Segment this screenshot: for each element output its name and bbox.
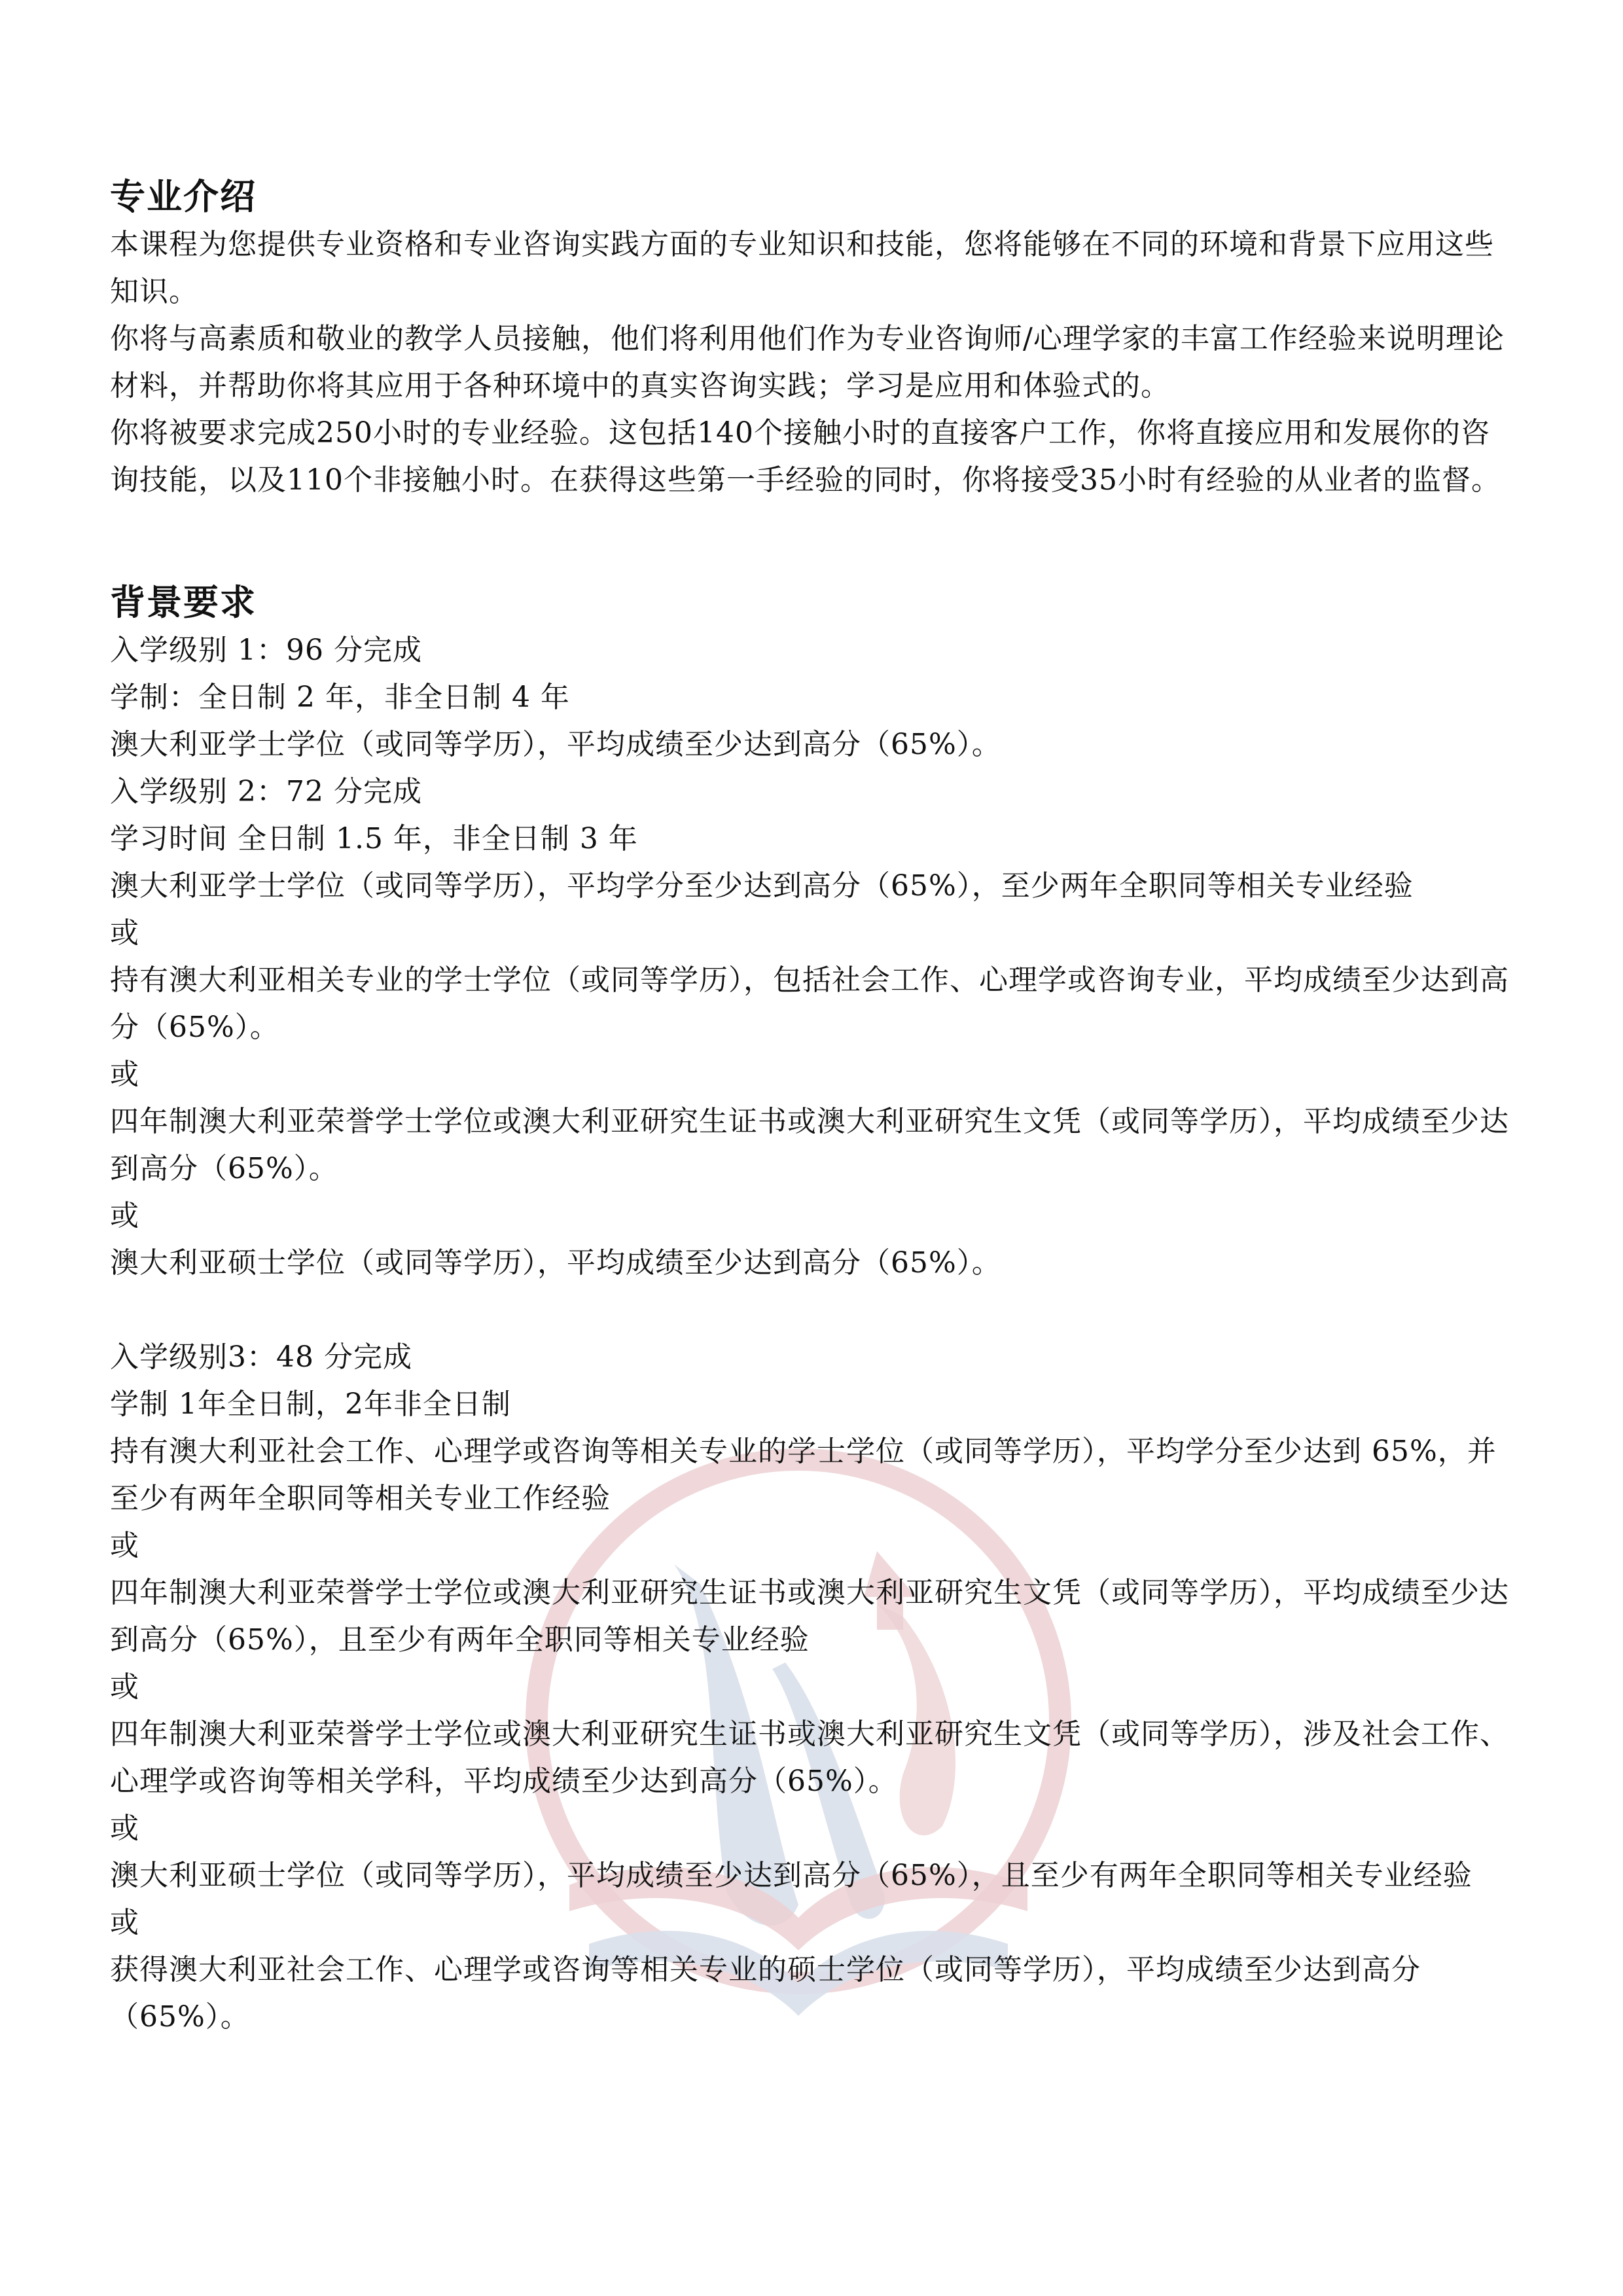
requirement: 澳大利亚学士学位（或同等学历），平均学分至少达到高分（65%），至少两年全职同等… <box>110 863 1517 910</box>
level-heading: 入学级别 2：72 分完成 <box>110 768 1517 816</box>
requirement: 持有澳大利亚相关专业的学士学位（或同等学历），包括社会工作、心理学或咨询专业，平… <box>110 957 1517 1051</box>
level-duration: 学制：全日制 2 年，非全日制 4 年 <box>110 674 1517 721</box>
or-separator: 或 <box>110 1051 1517 1098</box>
entry-level-3: 入学级别3：48 分完成 学制 1年全日制，2年非全日制 持有澳大利亚社会工作、… <box>110 1334 1517 2041</box>
entry-level-2: 入学级别 2：72 分完成 学习时间 全日制 1.5 年，非全日制 3 年 澳大… <box>110 768 1517 1287</box>
document-page: 专业介绍 本课程为您提供专业资格和专业咨询实践方面的专业知识和技能，您将能够在不… <box>110 171 1517 2041</box>
level-duration: 学制 1年全日制，2年非全日制 <box>110 1381 1517 1428</box>
or-separator: 或 <box>110 910 1517 957</box>
level-heading: 入学级别3：48 分完成 <box>110 1334 1517 1381</box>
entry-level-1: 入学级别 1：96 分完成 学制：全日制 2 年，非全日制 4 年 澳大利亚学士… <box>110 627 1517 768</box>
spacer <box>110 1287 1517 1334</box>
level-heading: 入学级别 1：96 分完成 <box>110 627 1517 674</box>
requirement: 获得澳大利亚社会工作、心理学或咨询等相关专业的硕士学位（或同等学历），平均成绩至… <box>110 1946 1517 2041</box>
or-separator: 或 <box>110 1805 1517 1852</box>
requirement: 持有澳大利亚社会工作、心理学或咨询等相关专业的学士学位（或同等学历），平均学分至… <box>110 1428 1517 1522</box>
or-separator: 或 <box>110 1193 1517 1240</box>
requirement: 四年制澳大利亚荣誉学士学位或澳大利亚研究生证书或澳大利亚研究生文凭（或同等学历）… <box>110 1570 1517 1664</box>
requirement: 澳大利亚硕士学位（或同等学历），平均成绩至少达到高分（65%）。 <box>110 1240 1517 1287</box>
intro-title: 专业介绍 <box>110 171 1517 221</box>
requirement: 澳大利亚学士学位（或同等学历），平均成绩至少达到高分（65%）。 <box>110 721 1517 768</box>
level-duration: 学习时间 全日制 1.5 年，非全日制 3 年 <box>110 816 1517 863</box>
intro-paragraph: 你将被要求完成250小时的专业经验。这包括140个接触小时的直接客户工作，你将直… <box>110 410 1517 504</box>
requirement: 四年制澳大利亚荣誉学士学位或澳大利亚研究生证书或澳大利亚研究生文凭（或同等学历）… <box>110 1711 1517 1805</box>
intro-paragraph: 你将与高素质和敬业的教学人员接触，他们将利用他们作为专业咨询师/心理学家的丰富工… <box>110 315 1517 410</box>
requirement: 四年制澳大利亚荣誉学士学位或澳大利亚研究生证书或澳大利亚研究生文凭（或同等学历）… <box>110 1098 1517 1193</box>
background-section: 背景要求 入学级别 1：96 分完成 学制：全日制 2 年，非全日制 4 年 澳… <box>110 577 1517 2041</box>
intro-paragraph: 本课程为您提供专业资格和专业咨询实践方面的专业知识和技能，您将能够在不同的环境和… <box>110 221 1517 315</box>
or-separator: 或 <box>110 1664 1517 1711</box>
requirement: 澳大利亚硕士学位（或同等学历），平均成绩至少达到高分（65%），且至少有两年全职… <box>110 1852 1517 1899</box>
or-separator: 或 <box>110 1899 1517 1946</box>
background-title: 背景要求 <box>110 577 1517 627</box>
intro-section: 专业介绍 本课程为您提供专业资格和专业咨询实践方面的专业知识和技能，您将能够在不… <box>110 171 1517 504</box>
or-separator: 或 <box>110 1522 1517 1570</box>
